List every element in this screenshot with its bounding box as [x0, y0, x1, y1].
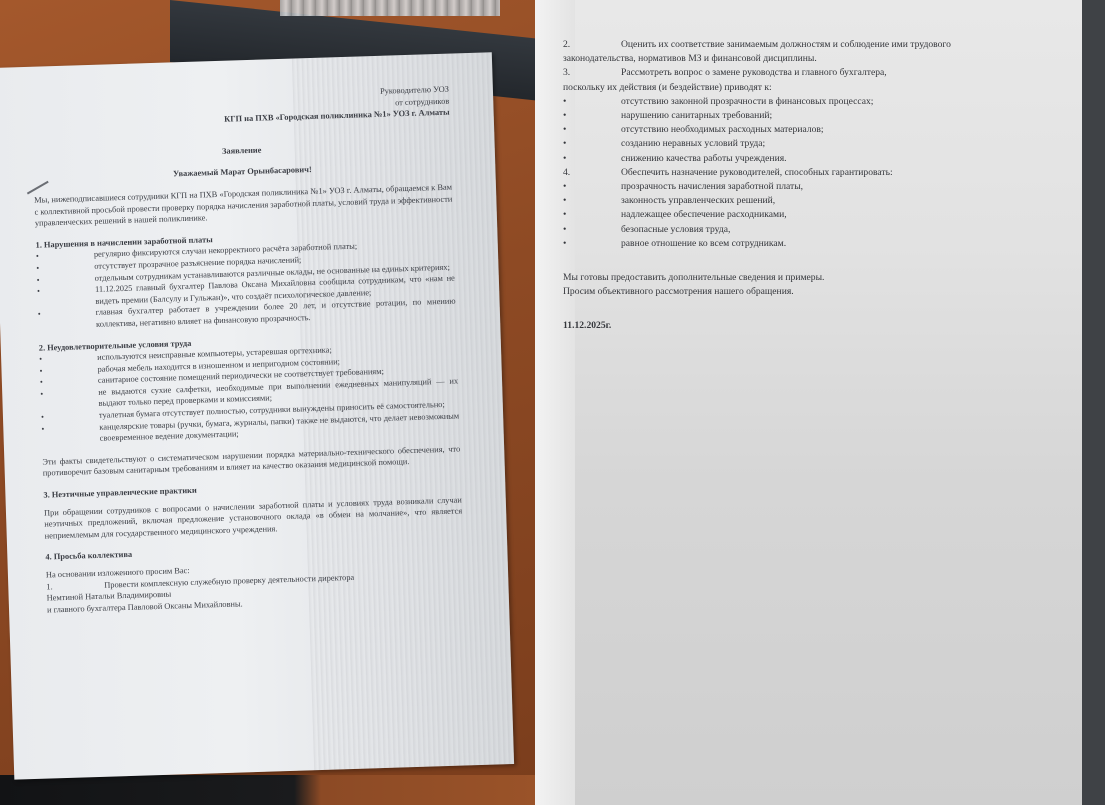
list-item: снижению качества работы учреждения.: [563, 152, 1033, 166]
list-item: надлежащее обеспечение расходниками,: [563, 208, 1033, 222]
desk-edge: [0, 775, 535, 805]
list-item: созданию неравных условий труда;: [563, 137, 1033, 151]
numbered-item-4: 4. Обеспечить назначение руководителей, …: [563, 166, 1033, 180]
photo-page-1: Руководителю УОЗ от сотрудников КГП на П…: [0, 0, 535, 805]
numbered-item-3: 3. Рассмотреть вопрос о замене руководст…: [563, 66, 1033, 80]
foil-wrapper-background: [280, 0, 500, 16]
photo-page-2: 2. Оценить их соответствие занимаемым до…: [535, 0, 1105, 805]
list-item: законность управленческих решений,: [563, 194, 1033, 208]
list-item: отсутствию необходимых расходных материа…: [563, 123, 1033, 137]
numbered-item-3-continuation: поскольку их действия (и бездействие) пр…: [563, 81, 1033, 95]
numbered-item-2: 2. Оценить их соответствие занимаемым до…: [563, 38, 1033, 52]
list-item: безопасные условия труда,: [563, 223, 1033, 237]
document-sheet-2: 2. Оценить их соответствие занимаемым до…: [535, 0, 1082, 805]
list-item: нарушению санитарных требований;: [563, 109, 1033, 123]
document-date: 11.12.2025г.: [563, 319, 1033, 333]
numbered-item-2-continuation: законодательства, нормативов МЗ и финанс…: [563, 52, 1033, 66]
list-item: прозрачность начисления заработной платы…: [563, 180, 1033, 194]
list-item: отсутствию законной прозрачности в финан…: [563, 95, 1033, 109]
document-body-1: Руководителю УОЗ от сотрудников КГП на П…: [31, 84, 465, 616]
closing-line: Просим объективного рассмотрения нашего …: [563, 285, 1033, 299]
closing-line: Мы готовы предоставить дополнительные св…: [563, 271, 1033, 285]
document-body-2: 2. Оценить их соответствие занимаемым до…: [563, 38, 1033, 334]
list-item: равное отношение ко всем сотрудникам.: [563, 237, 1033, 251]
document-sheet-1: Руководителю УОЗ от сотрудников КГП на П…: [0, 52, 514, 779]
